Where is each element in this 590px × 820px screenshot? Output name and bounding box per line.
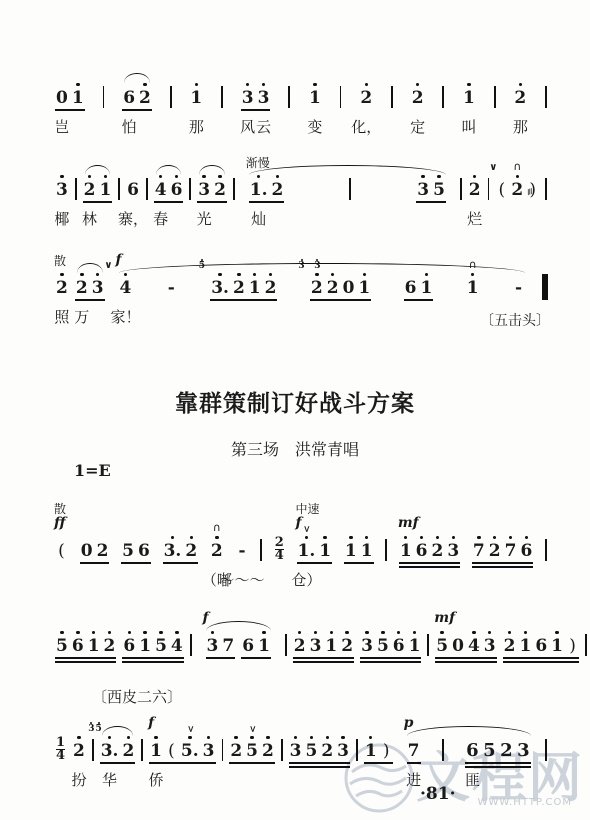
note: 6匪 — [466, 733, 479, 761]
octave-dot — [246, 83, 250, 87]
barline-rule — [442, 739, 444, 761]
note-digit: 1 — [421, 278, 433, 298]
note-digit: 1 — [325, 636, 337, 656]
beam-line — [404, 299, 434, 301]
note-digit: 3 — [447, 541, 459, 561]
octave-dot — [524, 631, 528, 635]
beam-line-2 — [465, 766, 531, 768]
octave-dot-row — [190, 533, 194, 541]
barline — [353, 733, 361, 761]
note-digit: 1 — [551, 636, 563, 656]
octave-dot — [77, 736, 81, 740]
octave-dot-row — [524, 628, 528, 636]
note-digit: 2 — [139, 88, 151, 108]
note: 6 — [72, 628, 84, 656]
octave-dot-row — [207, 733, 211, 741]
barline-rule — [170, 86, 172, 108]
note: 6 — [242, 628, 254, 656]
note-digit: 1 — [72, 88, 84, 108]
octave-dot — [188, 736, 192, 740]
octave-dot — [294, 736, 298, 740]
note: ) — [567, 628, 578, 656]
fermata-mark: ∩ — [513, 162, 521, 172]
note-digit: 0 — [81, 541, 93, 561]
lyric: ～～～ — [219, 569, 264, 590]
octave-dot — [175, 631, 179, 635]
lyric: 扮 — [71, 769, 86, 790]
octave-dot — [175, 175, 179, 179]
note: 1那 — [190, 80, 202, 108]
tempo-dynamic-label: f — [148, 715, 154, 731]
beam-line — [249, 201, 285, 203]
note-group: 2312 — [290, 628, 357, 656]
note: 2 — [122, 733, 134, 761]
note-digit: 7 — [408, 741, 420, 761]
note-digit: 1 — [139, 636, 151, 656]
note: 2 — [489, 533, 501, 561]
octave-dot — [253, 273, 257, 277]
barline — [542, 80, 550, 108]
note-group: 3523 — [286, 733, 353, 761]
note: 1 — [421, 270, 433, 298]
accent-mark: > — [301, 525, 311, 533]
note-digit: ( — [499, 180, 506, 200]
octave-dot — [452, 536, 456, 540]
octave-dot-row — [250, 733, 254, 741]
note-digit: 2 — [321, 741, 333, 761]
octave-dot — [108, 631, 112, 635]
note-digit: 3 — [198, 180, 210, 200]
note-group: 4家！ — [116, 270, 136, 298]
time-signature: 14 — [56, 737, 65, 762]
octave-dot — [171, 536, 175, 540]
note-digit: 1 — [190, 88, 202, 108]
note-digit: 6 — [416, 541, 428, 561]
barline — [138, 733, 146, 761]
note-digit: 2 — [76, 278, 88, 298]
octave-dot-row — [493, 533, 497, 541]
note-digit: 2 — [265, 278, 277, 298]
lyric: 风 — [240, 116, 255, 137]
note: 2∩（嘟 — [211, 533, 223, 561]
note: 2定 — [412, 80, 424, 108]
octave-dot — [143, 631, 147, 635]
note: 2扮 — [73, 733, 85, 761]
octave-dot-row — [472, 628, 476, 636]
note-digit: 3 — [258, 88, 270, 108]
octave-dot — [363, 273, 367, 277]
note: 6 — [171, 172, 183, 200]
note: 1 — [358, 270, 370, 298]
octave-dot-row — [310, 733, 314, 741]
lyric: 叫 — [461, 116, 476, 137]
note-group: 1.>仓）1中速f — [294, 533, 336, 561]
beam-line — [80, 562, 110, 564]
barline-rule — [356, 739, 358, 761]
note-digit: 2 — [84, 180, 96, 200]
music-line: (散ff02563.22∩（嘟-～～～241.>仓）1中速f111623mf72… — [52, 533, 550, 593]
barline — [187, 628, 195, 656]
barline-rule — [340, 86, 342, 108]
octave-dot — [331, 273, 335, 277]
octave-dot-row — [519, 80, 523, 88]
tempo-dynamic-label: p — [404, 715, 414, 731]
note: 2化， — [360, 80, 372, 108]
lyric: 灿 — [251, 208, 266, 229]
note: 6 — [405, 270, 417, 298]
beam-line — [149, 762, 215, 764]
note: 1 — [325, 628, 337, 656]
octave-dot — [516, 175, 520, 179]
octave-dot — [437, 175, 441, 179]
note-digit: 1 — [467, 278, 479, 298]
note-digit: 3 — [361, 636, 373, 656]
note: 1 — [99, 172, 111, 200]
tempo-dynamic-label: f — [203, 610, 209, 626]
octave-dot — [202, 175, 206, 179]
note-digit: 6 — [72, 636, 84, 656]
note: 53. — [211, 270, 229, 298]
barline — [439, 733, 447, 761]
note-digit: 2 — [230, 741, 242, 761]
octave-dot-row — [349, 533, 353, 541]
octave-dot-row — [509, 533, 513, 541]
note: 0岂 — [56, 80, 68, 108]
note: 3 — [207, 628, 219, 656]
octave-dot-row — [436, 533, 440, 541]
note-digit: ) — [529, 180, 536, 200]
note: 1叫 — [463, 80, 475, 108]
beam-line — [241, 657, 271, 659]
barline — [143, 172, 151, 200]
note: 0 — [81, 533, 93, 561]
note-digit: 3 — [310, 636, 322, 656]
note: 2∩/// — [511, 172, 523, 200]
barline-rule — [141, 739, 143, 761]
note-group: 353.华2 — [97, 733, 139, 761]
octave-dot-row — [234, 733, 238, 741]
octave-dot — [207, 736, 211, 740]
slur-arc — [85, 165, 111, 175]
note: 6 — [535, 628, 547, 656]
note-group: 4家！-53.212323201611∩-f — [114, 270, 530, 298]
barline-rule — [545, 86, 547, 108]
octave-dot-row — [188, 733, 192, 741]
lyric: 定 — [410, 116, 425, 137]
note: 4 — [171, 628, 183, 656]
note-digit: 3 — [92, 278, 104, 298]
note-digit: - — [168, 278, 175, 298]
lyric: 仓） — [291, 569, 321, 590]
note: 7进 — [408, 733, 420, 761]
octave-dot-row — [404, 533, 408, 541]
octave-dot — [80, 273, 84, 277]
note-group: (散ff — [52, 533, 71, 561]
barline — [219, 733, 227, 761]
lyric: 进 — [406, 769, 421, 790]
note: 3 — [484, 628, 496, 656]
octave-dot — [509, 536, 513, 540]
note: 5 — [377, 628, 389, 656]
note-group: 1变 — [305, 80, 325, 108]
note: 2 — [233, 270, 245, 298]
note: 7 — [473, 533, 485, 561]
beam-line — [55, 109, 85, 111]
octave-dot-row — [397, 628, 401, 636]
note-digit: ( — [58, 541, 65, 561]
note-digit: 5 — [436, 636, 448, 656]
note-digit: 1 — [519, 636, 531, 656]
octave-dot-row — [508, 628, 512, 636]
note-digit: 1 — [99, 180, 111, 200]
note-group: 3761f — [201, 628, 276, 656]
note: 0 — [452, 628, 464, 656]
note-group: 61 — [238, 628, 274, 656]
note: 1 — [551, 628, 563, 656]
octave-dot — [305, 536, 309, 540]
octave-dot — [276, 175, 280, 179]
note-group: 3561 — [357, 628, 424, 656]
octave-dot-row — [215, 533, 219, 541]
note: 2那 — [514, 80, 526, 108]
note: 32 — [327, 270, 339, 298]
note-group: 3.2 — [160, 533, 202, 561]
beam-line — [75, 299, 105, 301]
octave-dot — [250, 736, 254, 740]
octave-dot-row — [314, 628, 318, 636]
note-digit: 2 — [511, 180, 523, 200]
music-line: 142扮353.华21侨(5.>3f25>235231)7进6匪523p — [52, 733, 550, 793]
lyric: 那 — [189, 116, 204, 137]
note: - — [513, 270, 524, 298]
note-group: 2林1 — [80, 172, 116, 200]
note: 1变 — [309, 80, 321, 108]
octave-dot — [154, 736, 158, 740]
note-digit: 3 — [290, 741, 302, 761]
note-group: 3光2 — [194, 172, 230, 200]
note-digit: 0 — [452, 636, 464, 656]
barline-rule — [260, 539, 262, 561]
octave-dot-row — [305, 533, 309, 541]
note: 4家！ — [120, 270, 132, 298]
beam-line-2 — [435, 661, 496, 663]
octave-dot-row — [60, 270, 64, 278]
octave-dot — [96, 273, 100, 277]
octave-dot-row — [381, 628, 385, 636]
beam-line — [297, 562, 333, 564]
barline — [89, 733, 97, 761]
note: 3 — [447, 533, 459, 561]
note-group: 56 — [118, 533, 154, 561]
sheet-music-page: 0岂16怕21那3风3云1变2化，2定1叫2那3椰2林16寨，4春63光21.灿… — [0, 0, 590, 820]
beam-line — [122, 657, 183, 659]
note-group: 2定 — [408, 80, 428, 108]
octave-dot-row — [369, 733, 373, 741]
note-group: 5043mf — [432, 628, 499, 656]
octave-dot-row — [298, 628, 302, 636]
music-line: 0岂16怕21那3风3云1变2化，2定1叫2那 — [52, 80, 550, 140]
octave-dot — [257, 175, 261, 179]
note: ( — [56, 533, 67, 561]
note-digit: 1 — [309, 88, 321, 108]
barline — [457, 172, 465, 200]
note-digit: 4 — [120, 278, 132, 298]
note-digit: 2 — [56, 278, 68, 298]
beam-line — [416, 201, 446, 203]
note: 3 — [203, 733, 215, 761]
barline — [542, 172, 550, 200]
octave-dot-row — [171, 533, 175, 541]
slur-arc — [156, 165, 182, 175]
octave-dot — [108, 736, 112, 740]
note-digit: 1 — [150, 741, 162, 761]
note-digit: 1 — [249, 278, 261, 298]
octave-dot-row — [60, 172, 64, 180]
beam-line — [472, 562, 533, 564]
beam-line — [241, 109, 271, 111]
note-group: - — [509, 270, 528, 298]
octave-dot — [365, 536, 369, 540]
note-digit: 5 — [155, 636, 167, 656]
note-digit: 2 — [327, 278, 339, 298]
note-group: 35 — [413, 172, 449, 200]
note-digit: 3 — [56, 180, 68, 200]
barline-rule — [103, 86, 105, 108]
note-group: 1∩ — [463, 270, 483, 298]
note: 2 — [139, 80, 151, 108]
barline — [100, 80, 108, 108]
note-group: 1) — [361, 733, 396, 761]
octave-dot — [60, 175, 64, 179]
grace-digit: 3 — [88, 725, 94, 733]
octave-dot-row — [473, 172, 477, 180]
note: ) — [527, 172, 538, 200]
lyric: 怕 — [122, 116, 137, 137]
slur-arc — [77, 263, 103, 273]
barline-rule — [545, 539, 547, 561]
beam-line — [229, 762, 275, 764]
octave-dot-row — [262, 80, 266, 88]
note-digit: 6 — [535, 636, 547, 656]
note: - — [166, 270, 177, 298]
note-group: 25>2 — [226, 733, 278, 761]
beam-line-2 — [55, 661, 116, 663]
barline — [186, 172, 194, 200]
octave-dot — [218, 175, 222, 179]
octave-dot — [508, 631, 512, 635]
octave-dot — [473, 175, 477, 179]
note: 1侨 — [150, 733, 162, 761]
beam-line-2 — [122, 661, 183, 663]
octave-dot-row — [313, 80, 317, 88]
barline-rule — [391, 86, 393, 108]
octave-dot — [425, 273, 429, 277]
barline-rule — [460, 178, 462, 200]
barline-rule — [545, 739, 547, 761]
lyric: 岂 — [54, 116, 69, 137]
note-digit: 7 — [505, 541, 517, 561]
beam-line — [55, 657, 116, 659]
note-group: 2化， — [356, 80, 376, 108]
octave-dot — [349, 536, 353, 540]
note: 2烂 — [469, 172, 481, 200]
note-digit: 3 — [484, 636, 496, 656]
lyric: 化， — [351, 116, 381, 137]
octave-dot-row — [365, 533, 369, 541]
grace-digit: 5 — [95, 725, 101, 733]
octave-dot-row — [76, 628, 80, 636]
beam-line — [206, 657, 236, 659]
note-digit: 0 — [343, 278, 355, 298]
beam-line — [360, 657, 421, 659]
tempo-dynamic-label: ff — [54, 515, 66, 531]
note: 5 — [436, 628, 448, 656]
octave-dot — [519, 83, 523, 87]
beam-line — [100, 762, 136, 764]
note-digit: 1 — [400, 541, 412, 561]
barline — [285, 80, 293, 108]
note-group: -～～～ — [232, 533, 251, 561]
slur-arc — [249, 165, 446, 175]
octave-dot — [76, 631, 80, 635]
note-digit: 4 — [171, 636, 183, 656]
barline — [115, 172, 123, 200]
octave-dot — [315, 273, 319, 277]
note-digit: ) — [383, 741, 390, 761]
note-group: 1叫 — [459, 80, 479, 108]
barline — [388, 80, 396, 108]
note-group: 7进 — [404, 733, 424, 761]
grace-note: 3 — [88, 722, 94, 733]
barline — [424, 628, 432, 656]
barline-rule — [190, 634, 192, 656]
note: 2 — [262, 733, 274, 761]
octave-dot — [341, 736, 345, 740]
note-digit: 2 — [500, 741, 513, 761]
note-digit: 2 — [104, 636, 116, 656]
barline — [72, 172, 80, 200]
note-digit: 2 — [514, 88, 526, 108]
lyric: 烂 — [467, 208, 482, 229]
note: 5 — [56, 628, 68, 656]
note-digit: 5 — [483, 741, 496, 761]
note-group: 323201 — [307, 270, 374, 298]
note-group: 2烂 — [465, 172, 485, 200]
note-digit: ) — [569, 636, 576, 656]
note-digit: 3 — [203, 741, 215, 761]
octave-dot-row — [128, 628, 132, 636]
note-digit: 2 — [469, 180, 481, 200]
octave-dot-row — [92, 628, 96, 636]
music-line: 561261543761f231235615043mf2161)〔西皮二六〕 — [52, 628, 550, 688]
octave-dot — [218, 273, 222, 277]
octave-dot — [211, 631, 215, 635]
octave-dot-row — [154, 733, 158, 741]
octave-dot — [104, 175, 108, 179]
barline: ∨ — [485, 172, 493, 200]
lyric: 寨， — [118, 208, 148, 229]
note: 4 — [468, 628, 480, 656]
note-digit: 1 — [358, 278, 370, 298]
note: 6 — [520, 533, 532, 561]
octave-dot — [493, 536, 497, 540]
octave-dot — [92, 631, 96, 635]
slur-arc — [206, 621, 271, 631]
octave-dot — [60, 273, 64, 277]
octave-dot — [369, 736, 373, 740]
octave-dot-row — [365, 628, 369, 636]
beam-line — [293, 657, 354, 659]
